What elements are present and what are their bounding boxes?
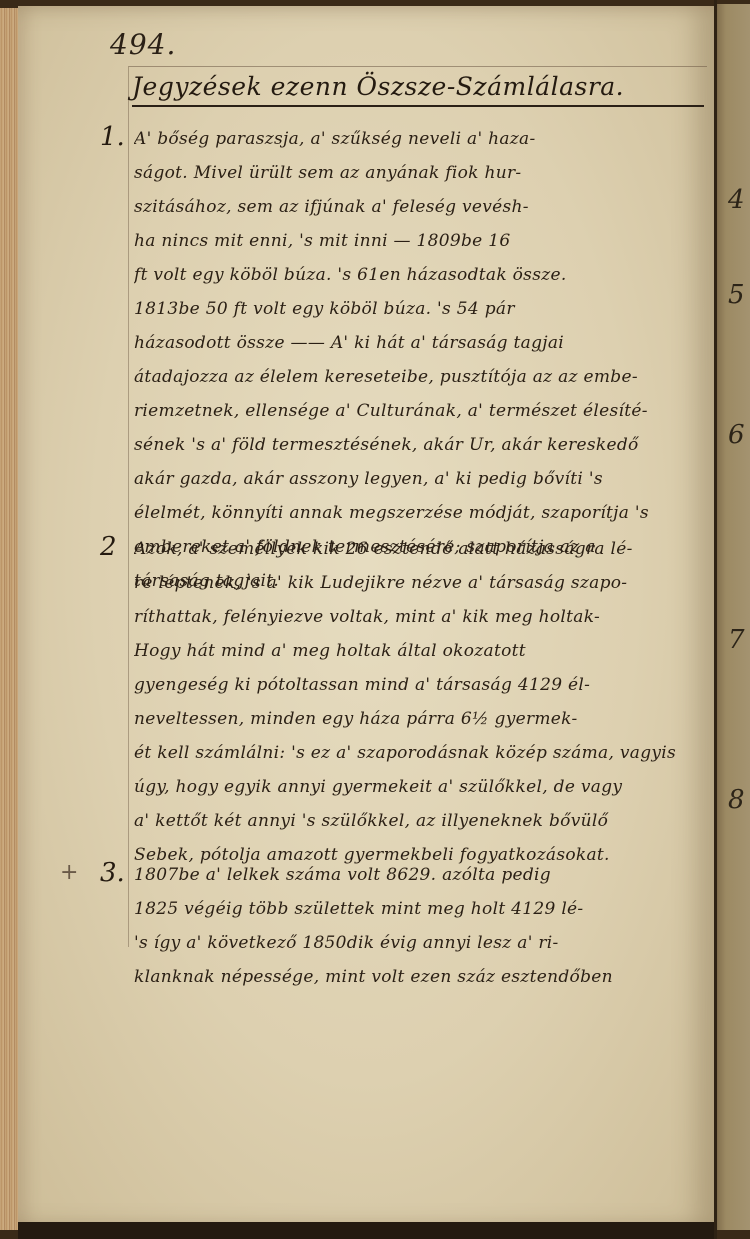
gutter-line — [714, 0, 717, 1239]
text-line: gyengeség ki pótoltassan mind a' társasá… — [134, 668, 710, 702]
text-line: átadajozza az élelem kereseteibe, pusztí… — [134, 360, 710, 394]
text-line: 1813be 50 ft volt egy köböl búza. 's 54 … — [134, 292, 710, 326]
text-line: a' kettőt két annyi 's szülőkkel, az ill… — [134, 804, 710, 838]
next-page-number: 5 — [728, 280, 745, 310]
text-line: házasodott össze —— A' ki hát a' társasá… — [134, 326, 710, 360]
text-line: úgy, hogy egyik annyi gyermekeit a' szül… — [134, 770, 710, 804]
text-line: Azok, a' személlyek kik 26 esztendő alat… — [134, 532, 710, 566]
book-spread: 494. Jegyzések ezenn Öszsze-Számlálasra.… — [0, 0, 750, 1239]
text-line: élelmét, könnyíti annak megszerzése módj… — [134, 496, 710, 530]
margin-cross-mark: + — [60, 860, 78, 885]
next-page-number: 4 — [728, 185, 745, 215]
entry-text: Azok, a' személlyek kik 26 esztendő alat… — [134, 532, 710, 872]
text-line: riemzetnek, ellensége a' Culturának, a' … — [134, 394, 710, 428]
bottom-edge — [18, 1222, 714, 1239]
entry-text: A' bőség paraszsja, a' szűkség neveli a'… — [134, 122, 710, 598]
text-line: klanknak népessége, mint volt ezen száz … — [134, 960, 710, 994]
text-line: Hogy hát mind a' meg holtak által okozat… — [134, 634, 710, 668]
text-line: ft volt egy köböl búza. 's 61en házasodt… — [134, 258, 710, 292]
page-heading: Jegyzések ezenn Öszsze-Számlálasra. — [132, 72, 704, 107]
entry-number: 2 — [100, 532, 117, 562]
entry-text: 1807be a' lelkek száma volt 8629. azólta… — [134, 858, 710, 994]
text-line: szitásához, sem az ifjúnak a' feleség ve… — [134, 190, 710, 224]
text-line: neveltessen, minden egy háza párra 6½ gy… — [134, 702, 710, 736]
text-line: A' bőség paraszsja, a' szűkség neveli a'… — [134, 122, 710, 156]
text-line: ságot. Mivel ürült sem az anyának fiok h… — [134, 156, 710, 190]
text-line: ét kell számlálni: 's ez a' szaporodásna… — [134, 736, 710, 770]
text-line: sének 's a' föld termesztésének, akár Ur… — [134, 428, 710, 462]
text-line: re léptenek, 's a' kik Ludejikre nézve a… — [134, 566, 710, 600]
text-line: 1825 végéig több születtek mint meg holt… — [134, 892, 710, 926]
text-line: akár gazda, akár asszony legyen, a' ki p… — [134, 462, 710, 496]
next-page-number: 8 — [728, 785, 745, 815]
entry-number: 3. — [100, 858, 125, 888]
entry-number: 1. — [100, 122, 125, 152]
text-line: ríthattak, felényiezve voltak, mint a' k… — [134, 600, 710, 634]
text-line: 's így a' következő 1850dik évig annyi l… — [134, 926, 710, 960]
next-page-number: 6 — [728, 420, 745, 450]
text-line: 1807be a' lelkek száma volt 8629. azólta… — [134, 858, 710, 892]
text-line: ha nincs mit enni, 's mit inni — 1809be … — [134, 224, 710, 258]
page-number: 494. — [110, 28, 176, 61]
next-page-number: 7 — [728, 625, 745, 655]
